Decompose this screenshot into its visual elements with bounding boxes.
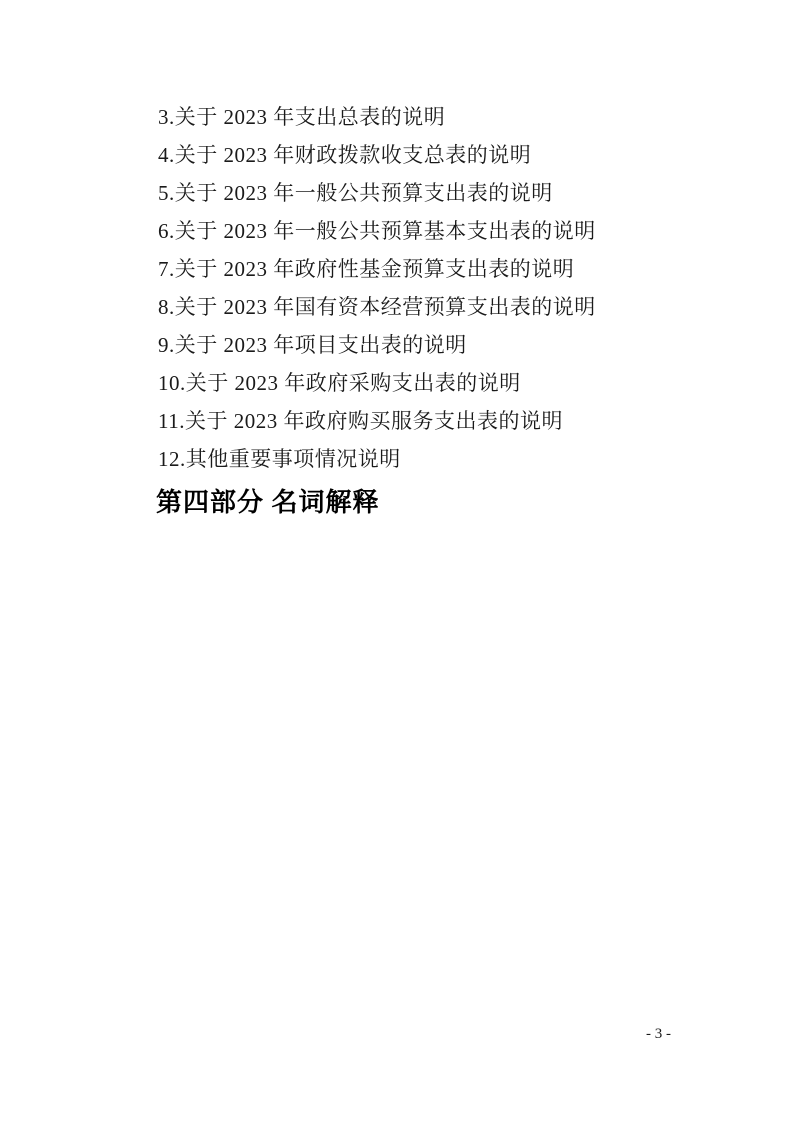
toc-section: 3.关于 2023 年支出总表的说明 4.关于 2023 年财政拨款收支总表的说… [158, 98, 754, 526]
toc-item: 3.关于 2023 年支出总表的说明 [158, 98, 754, 136]
toc-item: 8.关于 2023 年国有资本经营预算支出表的说明 [158, 288, 754, 326]
toc-item: 12.其他重要事项情况说明 [158, 440, 754, 478]
toc-item: 7.关于 2023 年政府性基金预算支出表的说明 [158, 250, 754, 288]
toc-item: 11.关于 2023 年政府购买服务支出表的说明 [158, 402, 754, 440]
page-number: - 3 - [646, 1026, 671, 1043]
toc-item: 10.关于 2023 年政府采购支出表的说明 [158, 364, 754, 402]
toc-item: 5.关于 2023 年一般公共预算支出表的说明 [158, 174, 754, 212]
section-heading-part4: 第四部分 名词解释 [156, 480, 754, 526]
toc-item: 9.关于 2023 年项目支出表的说明 [158, 326, 754, 364]
document-page: 3.关于 2023 年支出总表的说明 4.关于 2023 年财政拨款收支总表的说… [0, 0, 794, 1123]
toc-item: 4.关于 2023 年财政拨款收支总表的说明 [158, 136, 754, 174]
toc-item: 6.关于 2023 年一般公共预算基本支出表的说明 [158, 212, 754, 250]
